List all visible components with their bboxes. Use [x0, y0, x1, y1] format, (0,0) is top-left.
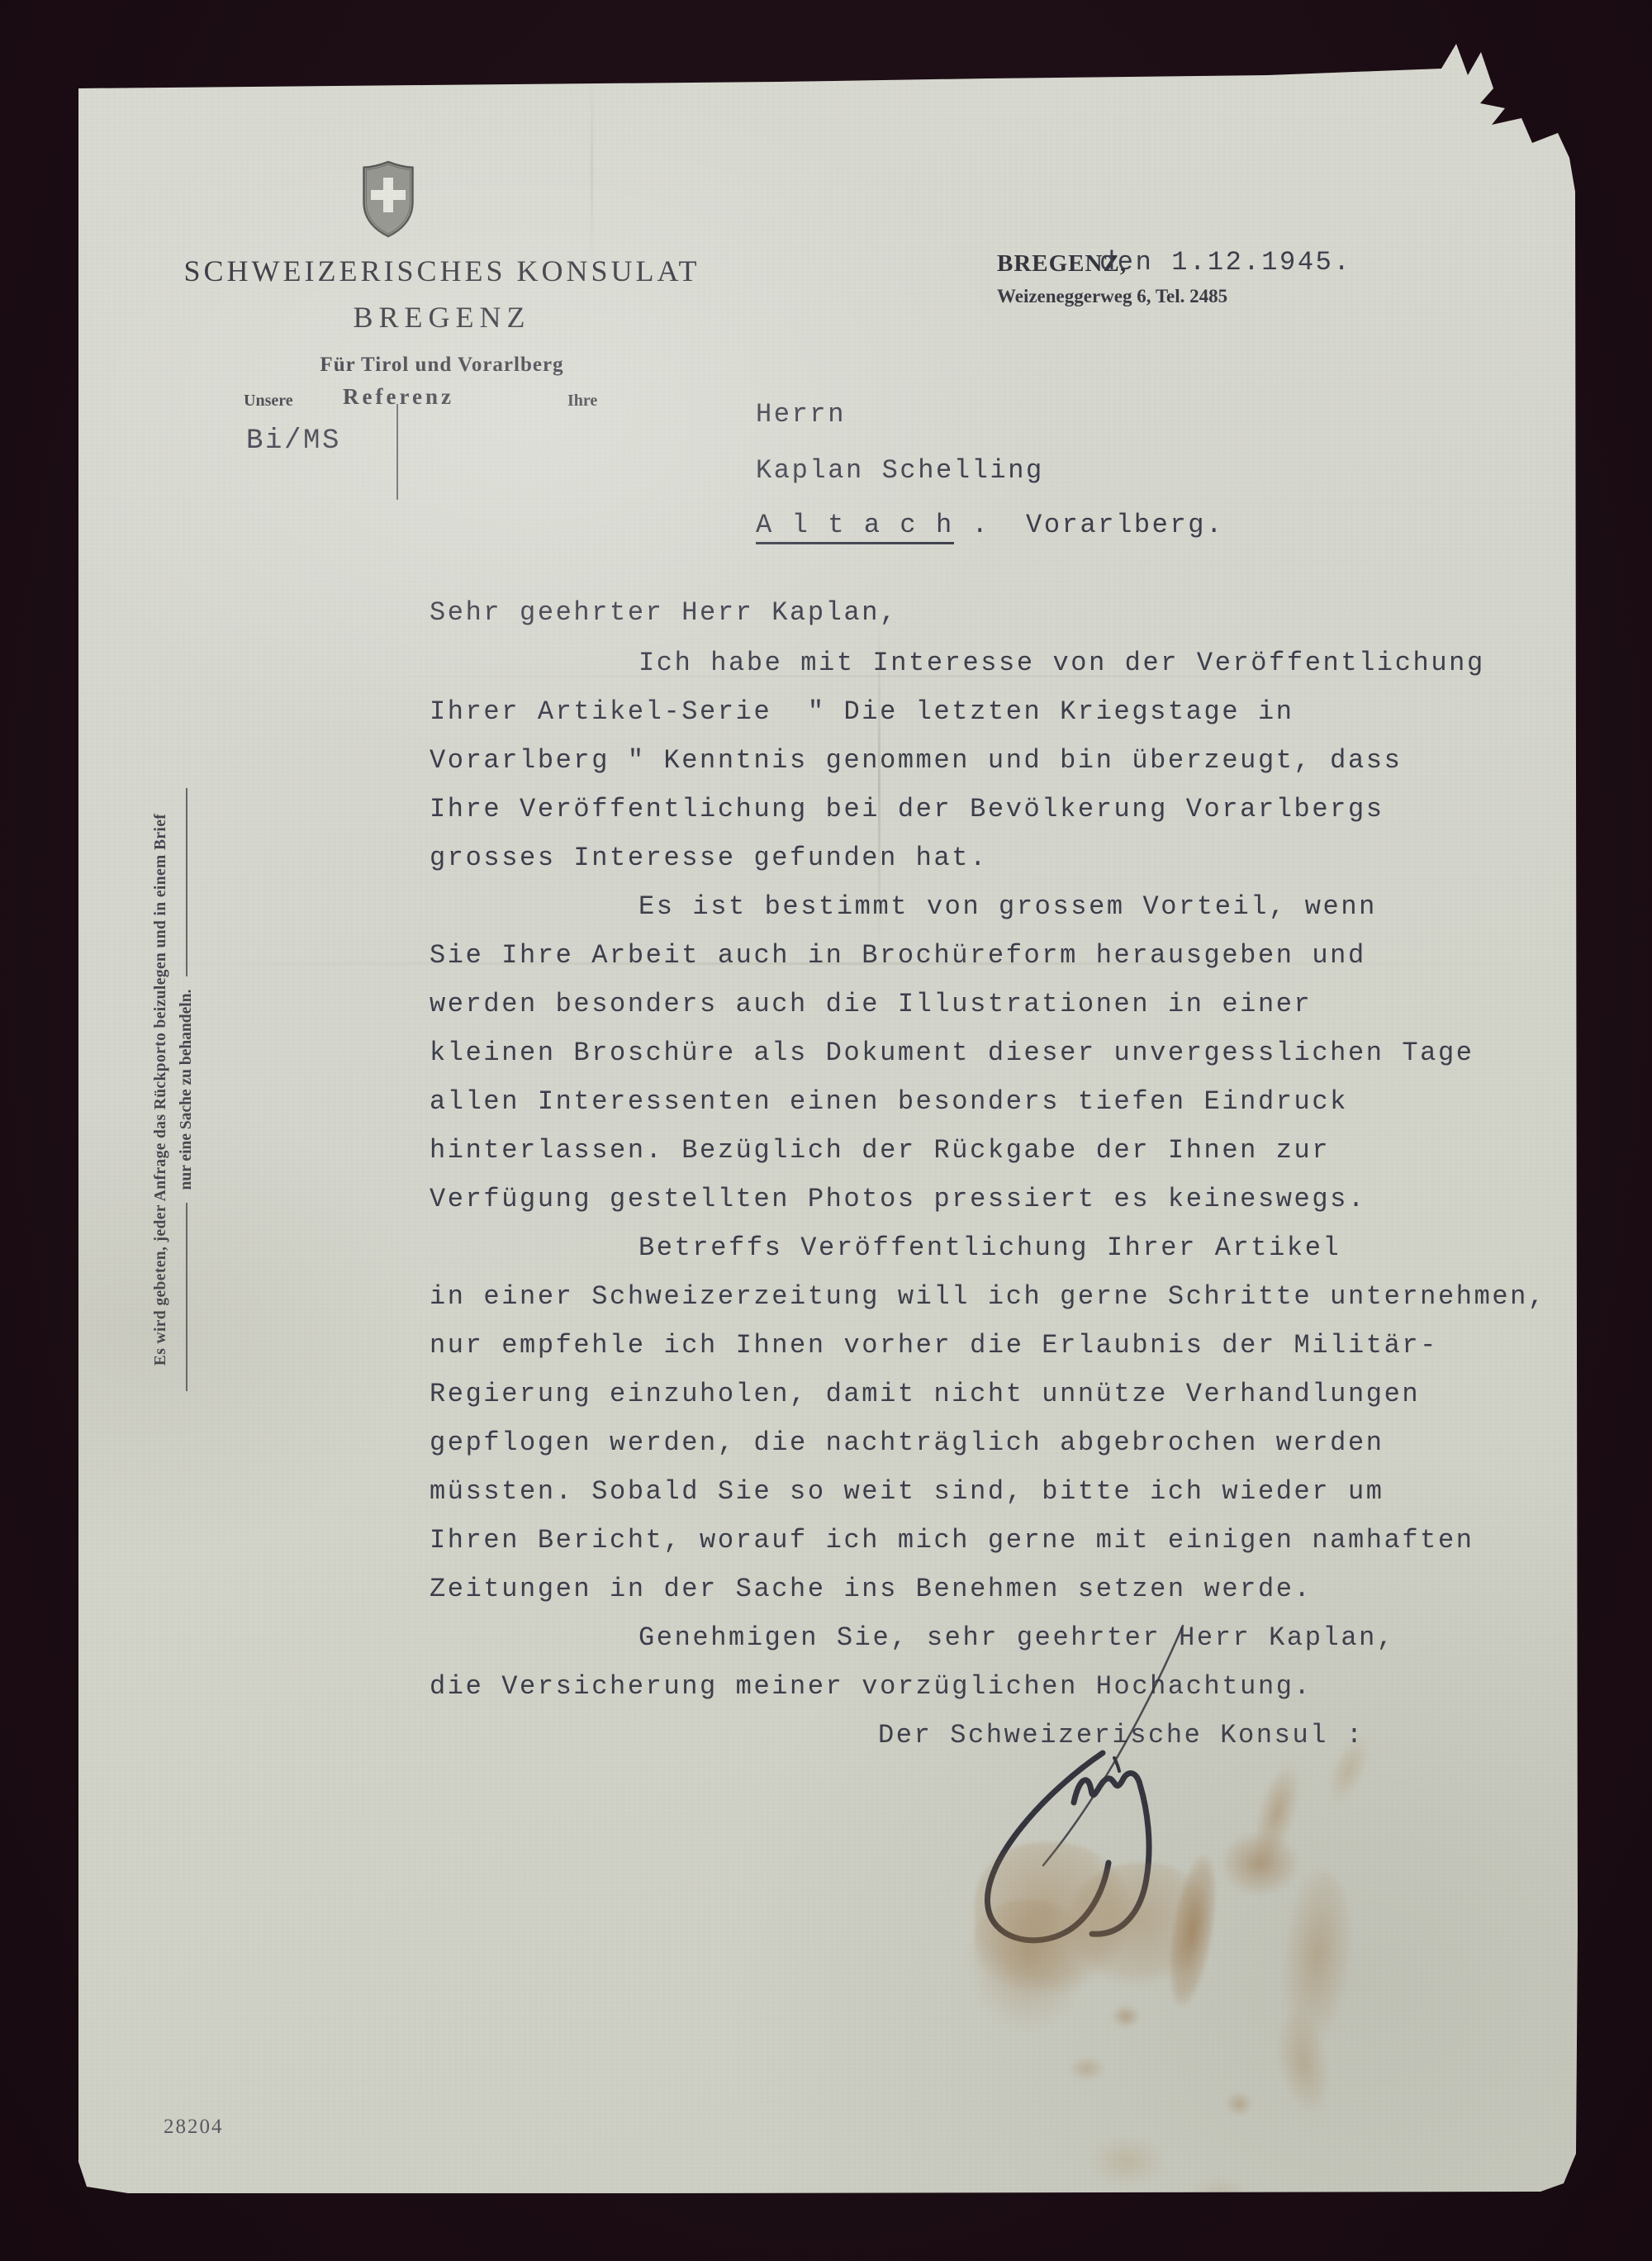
- stain: [1225, 2092, 1253, 2116]
- body-lines: Ich habe mit Interesse von der Veröffent…: [430, 648, 1586, 1720]
- margin-instruction-line2-text: nur eine Sache zu behandeln.: [178, 990, 196, 1190]
- reference-label-center: Referenz: [343, 384, 454, 410]
- dateline-street: Weizeneggerweg 6, Tel. 2485: [997, 286, 1227, 307]
- margin-rule-right: [186, 788, 188, 976]
- recipient-place: A l t a c h . Vorarlberg.: [756, 510, 1224, 540]
- consulate-title: SCHWEIZERISCHES KONSULAT: [128, 248, 756, 294]
- typed-line: hinterlassen. Bezüglich der Rückgabe der…: [430, 1135, 1586, 1184]
- stain: [1068, 2056, 1106, 2081]
- stain: [1111, 2005, 1141, 2028]
- margin-instruction-line2: nur eine Sache zu behandeln.: [178, 775, 196, 1404]
- consulate-city: BREGENZ: [128, 294, 756, 340]
- recipient-place-underlined: A l t a c h: [756, 510, 954, 544]
- typed-line: gepflogen werden, die nachträglich abgeb…: [430, 1427, 1586, 1476]
- letterhead: SCHWEIZERISCHES KONSULAT BREGENZ Für Tir…: [128, 248, 756, 377]
- typed-line: in einer Schweizerzeitung will ich gerne…: [430, 1281, 1586, 1330]
- paper-crease: [591, 64, 593, 278]
- handwritten-signature: [950, 1611, 1214, 1991]
- typed-line: Ihrer Artikel-Serie " Die letzten Kriegs…: [430, 696, 1586, 745]
- stain: [1267, 2005, 1340, 2121]
- recipient-name: Kaplan Schelling: [756, 455, 1044, 486]
- reference-divider-line: [396, 404, 398, 500]
- typed-line: grosses Interesse gefunden hat.: [430, 843, 1586, 891]
- form-serial-number: 28204: [164, 2116, 224, 2139]
- typed-line: Regierung einzuholen, damit nicht unnütz…: [430, 1379, 1586, 1427]
- typed-line: nur empfehle ich Ihnen vorher die Erlaub…: [430, 1330, 1586, 1379]
- paper-crease: [326, 675, 1565, 677]
- margin-instruction: Es wird gebeten, jeder Anfrage das Rückp…: [152, 775, 206, 1404]
- typed-line: Ihre Veröffentlichung bei der Bevölkerun…: [430, 794, 1586, 843]
- recipient-place-suffix: . Vorarlberg.: [954, 510, 1224, 540]
- reference-label-ours: Unsere: [244, 392, 293, 411]
- screenshot-root: { "colors": { "background": "#1d0e15", "…: [0, 0, 1652, 2261]
- stain: [1245, 1758, 1310, 1868]
- paper-crease: [878, 609, 881, 964]
- reference-label-theirs: Ihre: [567, 392, 597, 411]
- dateline-date: den 1.12.1945.: [1099, 247, 1351, 278]
- salutation: Sehr geehrter Herr Kaplan,: [430, 597, 898, 628]
- typed-line: allen Interessenten einen besonders tief…: [430, 1086, 1586, 1135]
- typed-line: Verfügung gestellten Photos pressiert es…: [430, 1184, 1586, 1233]
- stain: [1189, 2177, 1251, 2220]
- typed-line: Ich habe mit Interesse von der Veröffent…: [430, 648, 1586, 696]
- stain: [1088, 2135, 1166, 2187]
- recipient-salute: Herrn: [756, 399, 846, 430]
- stain: [1221, 1831, 1299, 1896]
- typed-line: Betreffs Veröffentlichung Ihrer Artikel: [430, 1233, 1586, 1281]
- typed-line: werden besonders auch die Illustrationen…: [430, 989, 1586, 1038]
- swiss-shield-icon: [361, 159, 415, 239]
- typed-line: Vorarlberg " Kenntnis genommen und bin ü…: [430, 745, 1586, 794]
- paper-crease: [78, 962, 1578, 965]
- stain: [1270, 1868, 1362, 2060]
- margin-rule-left: [186, 1203, 188, 1391]
- typed-line: Es ist bestimmt von grossem Vorteil, wen…: [430, 891, 1586, 940]
- typed-line: kleinen Broschüre als Dokument dieser un…: [430, 1038, 1586, 1086]
- typed-line: Ihren Bericht, worauf ich mich gerne mit…: [430, 1525, 1586, 1574]
- margin-instruction-line1: Es wird gebeten, jeder Anfrage das Rückp…: [152, 775, 170, 1404]
- consulate-region: Für Tirol und Vorarlberg: [128, 354, 756, 377]
- letter-paper: SCHWEIZERISCHES KONSULAT BREGENZ Für Tir…: [78, 31, 1578, 2193]
- reference-our-value: Bi/MS: [246, 425, 341, 457]
- typed-line: müssten. Sobald Sie so weit sind, bitte …: [430, 1476, 1586, 1525]
